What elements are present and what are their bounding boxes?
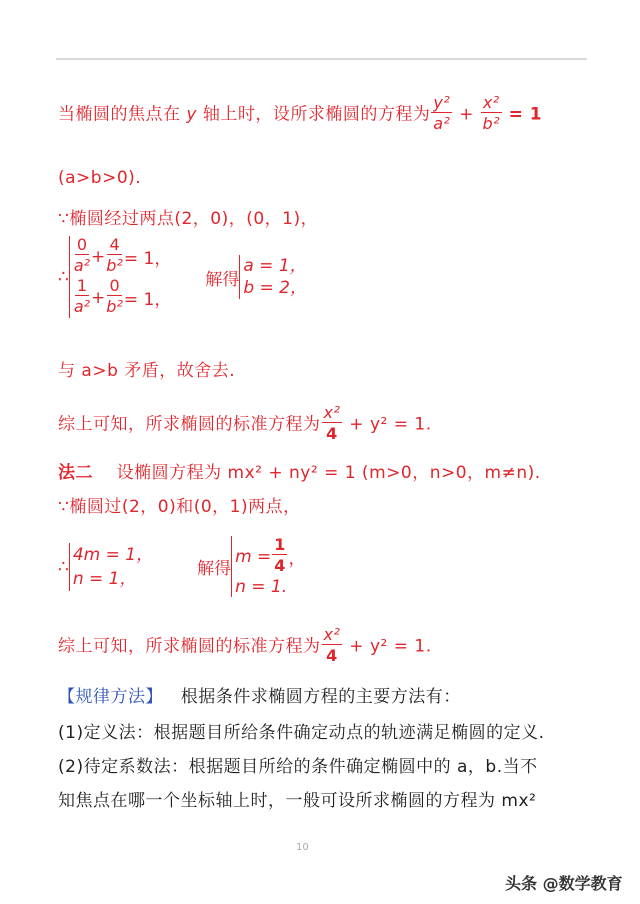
contradiction: 与 a>b 矛盾，故舍去. (58, 356, 235, 381)
header-rule (56, 58, 587, 60)
equals-one: = 1 (509, 105, 543, 125)
therefore-symbol: ∴ (58, 267, 69, 287)
method-item: 知焦点在哪一个坐标轴上时，一般可设所求椭圆的方程为 mx² (58, 786, 536, 811)
rule-method: 【规律方法】 根据条件求椭圆方程的主要方法有： (58, 682, 461, 707)
case-y-axis-line: 当椭圆的焦点在 y 轴上时，设所求椭圆的方程为y²a² + x²b² = 1 (58, 94, 542, 135)
conclusion-1: 综上可知，所求椭圆的标准方程为x²4 + y² = 1. (58, 404, 432, 445)
var-y: y (186, 105, 197, 125)
page-number: 10 (296, 842, 309, 853)
passes-points: ∵椭圆经过两点(2，0)，(0，1)， (58, 204, 318, 229)
solution-a: a = 1， (243, 255, 307, 277)
condition: (a>b>0). (58, 168, 141, 188)
system-row: 0a²+ 4b² = 1， (73, 236, 172, 277)
rule-label: 【规律方法】 (58, 687, 163, 707)
solve-label: 解得 (197, 554, 231, 579)
solve-label: 解得 (205, 265, 239, 290)
equation-system-1: ∴ 0a²+ 4b² = 1， 1a²+ 0b² = 1， 解得 a = 1， … (58, 236, 307, 318)
solution-brace: m =14， n = 1. (231, 536, 305, 597)
equation-system-2: ∴ 4m = 1， n = 1， 解得 m =14， n = 1. (58, 536, 305, 597)
method-label: 法二 (58, 463, 93, 483)
text: 当椭圆的焦点在 (58, 105, 181, 125)
system-brace: 0a²+ 4b² = 1， 1a²+ 0b² = 1， (69, 236, 172, 318)
solution-b: b = 2， (243, 277, 307, 299)
text: 轴上时，设所求椭圆的方程为 (203, 105, 431, 125)
solution-brace: a = 1， b = 2， (239, 255, 307, 299)
system-brace: 4m = 1， n = 1， (69, 543, 153, 591)
plus: + (459, 105, 474, 125)
method-2: 法二 设椭圆方程为 mx² + ny² = 1 (m>0，n>0，m≠n). (58, 458, 541, 483)
fraction: x²b² (481, 94, 502, 135)
watermark: 头条 @数学教育 (505, 871, 623, 894)
system-row: 1a²+ 0b² = 1， (73, 277, 172, 318)
passes-points-2: ∵椭圆过(2，0)和(0，1)两点， (58, 492, 301, 517)
fraction: y²a² (431, 94, 452, 135)
method-item: (2)待定系数法：根据题目所给的条件确定椭圆中的 a，b.当不 (58, 752, 538, 777)
conclusion-2: 综上可知，所求椭圆的标准方程为x²4 + y² = 1. (58, 626, 432, 667)
method-item: (1)定义法：根据题目所给条件确定动点的轨迹满足椭圆的定义. (58, 718, 544, 743)
